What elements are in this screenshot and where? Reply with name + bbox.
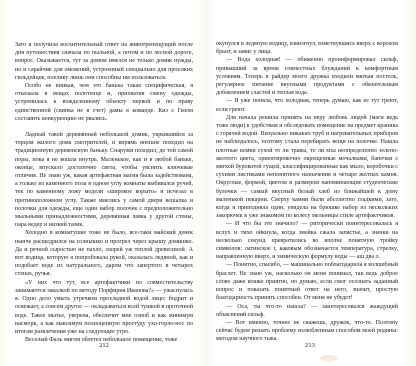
right-page-body: окунулся в ледяную водицу, взвизгнул, вз…	[216, 40, 398, 344]
paragraph: Для начала решила принять на веру любовь…	[216, 114, 398, 221]
paragraph: Зато я получила восхитительный ответ на …	[15, 41, 193, 82]
paragraph: Особо не вникая, чем это банька такая сп…	[15, 82, 193, 123]
paragraph: — И что бы это значило? — риторически по…	[216, 220, 398, 261]
page-number-right: 213	[290, 342, 330, 349]
paragraph: — Вода холодная! — обиженно проинформиро…	[216, 56, 398, 97]
paper-smudge	[320, 355, 338, 361]
paragraph: «У них что тут, все артефактчики по совм…	[15, 279, 193, 336]
book-spread: Зато я получила восхитительный ответ на …	[0, 0, 416, 366]
left-page-body: Зато я получила восхитительный ответ на …	[15, 41, 193, 344]
paragraph: — Понятно, спасибо, — машинально поблаго…	[216, 261, 398, 302]
paragraph: — Вот именно, точнее не скажешь, дружок,…	[216, 319, 398, 344]
left-page: Зато я получила восхитительный ответ на …	[0, 0, 205, 366]
paragraph: Ладный такой деревянный небольшой домик,…	[15, 131, 193, 229]
page-number-left: 212	[84, 342, 124, 349]
paragraph: окунулся в ледяную водицу, взвизгнул, вз…	[216, 40, 398, 56]
right-page: окунулся в ледяную водицу, взвизгнул, вз…	[205, 0, 416, 366]
paragraph: — Оса, ты что-то нашла? — заинтересовалс…	[216, 303, 398, 319]
paragraph: — Я уже поняла, что холодная, теперь дум…	[216, 97, 398, 113]
paragraph: Холодно в комнатушке тоже не было, все-т…	[15, 229, 193, 278]
